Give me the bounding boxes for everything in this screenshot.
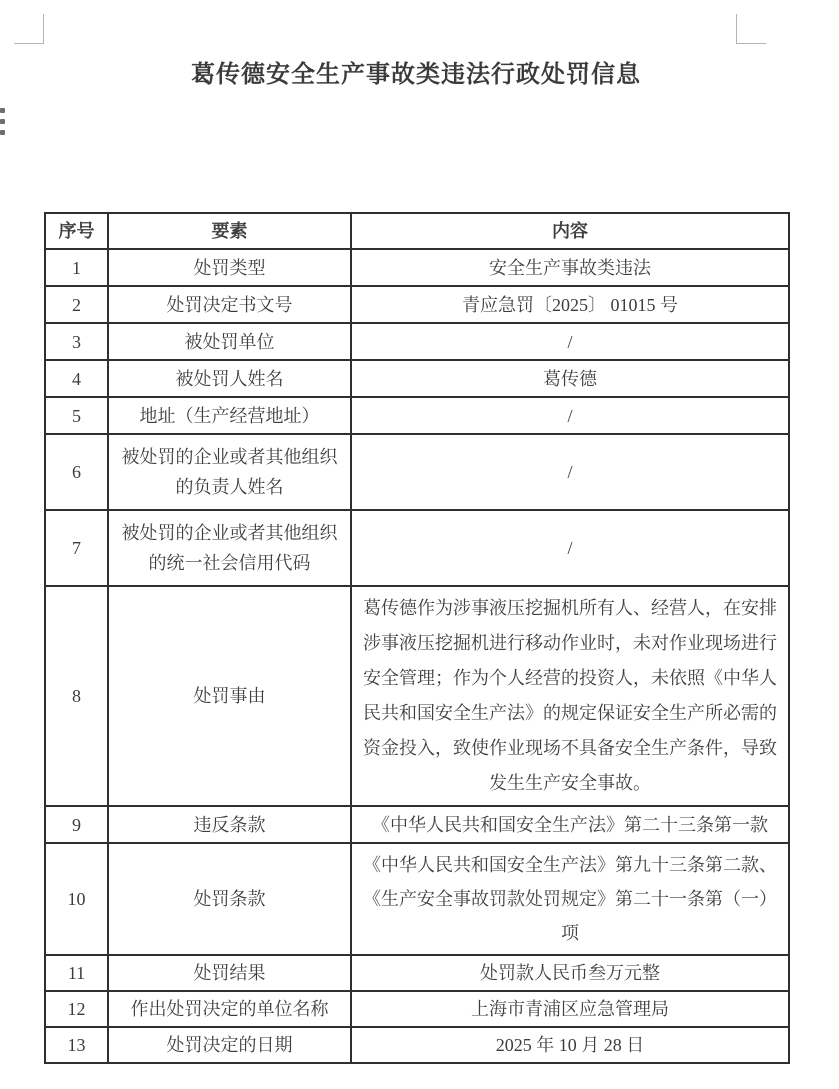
row-number-cell: 4 [45,360,108,397]
element-cell: 被处罚单位 [108,323,351,360]
row-number-cell: 9 [45,806,108,843]
table-row: 10 处罚条款 《中华人民共和国安全生产法》第九十三条第二款、《生产安全事故罚款… [45,843,789,955]
row-number-cell: 10 [45,843,108,955]
content-cell: 处罚款人民币叁万元整 [351,955,789,991]
content-cell: 葛传德作为涉事液压挖掘机所有人、经营人，在安排涉事液压挖掘机进行移动作业时，未对… [351,586,789,806]
header-cell-element: 要素 [108,213,351,249]
content-cell: 2025 年 10 月 28 日 [351,1027,789,1063]
row-number-cell: 12 [45,991,108,1027]
row-number-cell: 3 [45,323,108,360]
content-cell: / [351,323,789,360]
document-page: 葛传德安全生产事故类违法行政处罚信息 序号 要素 内容 1 处罚类型 安全生产事… [0,0,839,1089]
header-cell-no: 序号 [45,213,108,249]
table-row: 1 处罚类型 安全生产事故类违法 [45,249,789,286]
table-row: 7 被处罚的企业或者其他组织的统一社会信用代码 / [45,510,789,586]
penalty-info-table: 序号 要素 内容 1 处罚类型 安全生产事故类违法 2 处罚决定书文号 青应急罚… [44,212,790,1064]
handle-dot [0,130,5,135]
header-cell-content: 内容 [351,213,789,249]
content-cell: 《中华人民共和国安全生产法》第二十三条第一款 [351,806,789,843]
page-title: 葛传德安全生产事故类违法行政处罚信息 [44,54,788,89]
table-header-row: 序号 要素 内容 [45,213,789,249]
row-number-cell: 2 [45,286,108,323]
content-cell: 葛传德 [351,360,789,397]
table-row: 8 处罚事由 葛传德作为涉事液压挖掘机所有人、经营人，在安排涉事液压挖掘机进行移… [45,586,789,806]
content-cell: 安全生产事故类违法 [351,249,789,286]
table-row: 3 被处罚单位 / [45,323,789,360]
element-cell: 处罚决定的日期 [108,1027,351,1063]
element-cell: 被处罚的企业或者其他组织的负责人姓名 [108,434,351,510]
content-cell: / [351,434,789,510]
handle-dot [0,108,5,113]
element-cell: 违反条款 [108,806,351,843]
element-cell: 处罚事由 [108,586,351,806]
row-number-cell: 8 [45,586,108,806]
table-row: 11 处罚结果 处罚款人民币叁万元整 [45,955,789,991]
table-row: 12 作出处罚决定的单位名称 上海市青浦区应急管理局 [45,991,789,1027]
table-row: 5 地址（生产经营地址） / [45,397,789,434]
content-cell: 青应急罚〔2025〕 01015 号 [351,286,789,323]
element-cell: 作出处罚决定的单位名称 [108,991,351,1027]
table-row: 2 处罚决定书文号 青应急罚〔2025〕 01015 号 [45,286,789,323]
content-cell: / [351,510,789,586]
page-margin-mark-top-right-icon [736,14,766,44]
element-cell: 处罚结果 [108,955,351,991]
element-cell: 处罚决定书文号 [108,286,351,323]
element-cell: 被处罚的企业或者其他组织的统一社会信用代码 [108,510,351,586]
element-cell: 被处罚人姓名 [108,360,351,397]
table-row: 6 被处罚的企业或者其他组织的负责人姓名 / [45,434,789,510]
row-number-cell: 7 [45,510,108,586]
row-number-cell: 6 [45,434,108,510]
table-row: 4 被处罚人姓名 葛传德 [45,360,789,397]
row-number-cell: 13 [45,1027,108,1063]
drag-handle-dots-icon[interactable] [0,108,6,141]
handle-dot [0,119,5,124]
element-cell: 处罚类型 [108,249,351,286]
row-number-cell: 1 [45,249,108,286]
content-cell: 上海市青浦区应急管理局 [351,991,789,1027]
content-cell: / [351,397,789,434]
row-number-cell: 11 [45,955,108,991]
table-row: 9 违反条款 《中华人民共和国安全生产法》第二十三条第一款 [45,806,789,843]
page-margin-mark-top-left-icon [14,14,44,44]
element-cell: 处罚条款 [108,843,351,955]
element-cell: 地址（生产经营地址） [108,397,351,434]
table-row: 13 处罚决定的日期 2025 年 10 月 28 日 [45,1027,789,1063]
content-cell: 《中华人民共和国安全生产法》第九十三条第二款、《生产安全事故罚款处罚规定》第二十… [351,843,789,955]
row-number-cell: 5 [45,397,108,434]
